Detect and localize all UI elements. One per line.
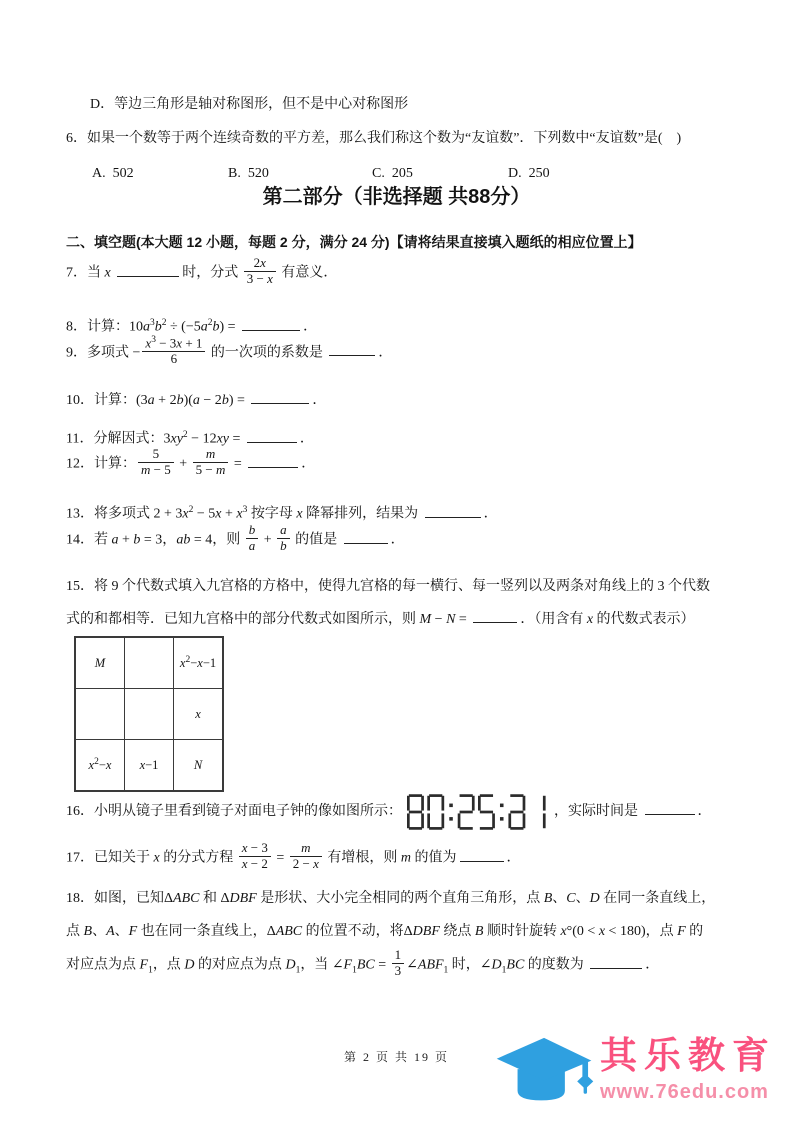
answer-blank <box>460 848 504 862</box>
question-18-line2: 点 B、A、F 也在同一条直线上，ΔABC 的位置不动，将ΔDBF 绕点 B 顺… <box>66 921 703 943</box>
logo-name: 其乐教育 <box>600 1036 776 1077</box>
magic-square: Mx2−x−1xx2−xx−1N <box>74 636 224 792</box>
question-6: 6．如果一个数等于两个连续奇数的平方差，那么我们称这个数为“友谊数”．下列数中“… <box>66 128 681 150</box>
answer-blank <box>248 454 298 468</box>
grid-cell <box>125 689 174 740</box>
grid-cell <box>125 637 174 689</box>
option-d: D. 250 <box>508 163 550 185</box>
question-7: 7．当 x 时，分式 2x3 − x 有意义． <box>66 258 337 289</box>
grid-cell: x2−x−1 <box>174 637 224 689</box>
option-d-line: D．等边三角形是轴对称图形，但不是中心对称图形 <box>90 94 408 116</box>
answer-blank <box>473 609 517 623</box>
fill-in-intro: 二、填空题(本大题 12 小题，每题 2 分，满分 24 分)【请将结果直接填入… <box>66 231 642 253</box>
question-16: 16．小明从镜子里看到镜子对面电子钟的像如图所示：，实际时间是 ． <box>66 792 712 832</box>
question-15-line1: 15．将 9 个代数式填入九宫格的方格中，使得九宫格的每一横行、每一竖列以及两条… <box>66 576 710 598</box>
grid-cell <box>75 689 125 740</box>
grid-cell: M <box>75 637 125 689</box>
option-a: A. 502 <box>92 163 134 185</box>
grid-cell: N <box>174 740 224 792</box>
exam-page: D．等边三角形是轴对称图形，但不是中心对称图形6．如果一个数等于两个连续奇数的平… <box>0 0 793 1122</box>
question-18-line3: 对应点为点 F1，点 D 的对应点为点 D1，当 ∠F1BC = 13∠ABF1… <box>66 950 659 981</box>
answer-blank <box>247 429 297 443</box>
question-18-line1: 18．如图，已知ΔABC 和 ΔDBF 是形状、大小完全相同的两个直角三角形，点… <box>66 888 715 910</box>
part2-header: 第二部分（非选择题 共88分） <box>0 186 793 208</box>
question-10: 10．计算：(3a + 2b)(a − 2b) = ． <box>66 390 326 412</box>
question-17: 17．已知关于 x 的分式方程 x − 3x − 2 = m2 − x 有增根，… <box>66 843 521 874</box>
question-12: 12．计算：5m − 5 + m5 − m = ． <box>66 449 315 480</box>
question-9: 9．多项式 −x3 − 3x + 16 的一次项的系数是 ． <box>66 337 392 369</box>
answer-blank <box>645 801 695 815</box>
answer-blank <box>251 390 309 404</box>
option-c: C. 205 <box>372 163 413 185</box>
answer-blank <box>117 263 179 277</box>
question-15-line2: 式的和都相等．已知九宫格中的部分代数式如图所示，则 M − N = ．（用含有 … <box>66 609 695 631</box>
answer-blank <box>242 317 300 331</box>
graduation-cap-icon <box>492 1031 598 1111</box>
answer-blank <box>344 530 388 544</box>
option-b: B. 520 <box>228 163 269 185</box>
digital-clock <box>407 792 549 832</box>
document-body: D．等边三角形是轴对称图形，但不是中心对称图形6．如果一个数等于两个连续奇数的平… <box>0 0 793 1122</box>
answer-blank <box>425 504 481 518</box>
grid-cell: x−1 <box>125 740 174 792</box>
question-14: 14．若 a + b = 3，ab = 4，则 ba + ab 的值是 ． <box>66 525 405 556</box>
answer-blank <box>329 342 375 356</box>
answer-blank <box>590 955 642 969</box>
grid-cell: x2−x <box>75 740 125 792</box>
grid-cell: x <box>174 689 224 740</box>
question-11: 11．分解因式：3xy2 − 12xy = ． <box>66 424 314 451</box>
logo-url: www.76edu.com <box>600 1081 769 1104</box>
